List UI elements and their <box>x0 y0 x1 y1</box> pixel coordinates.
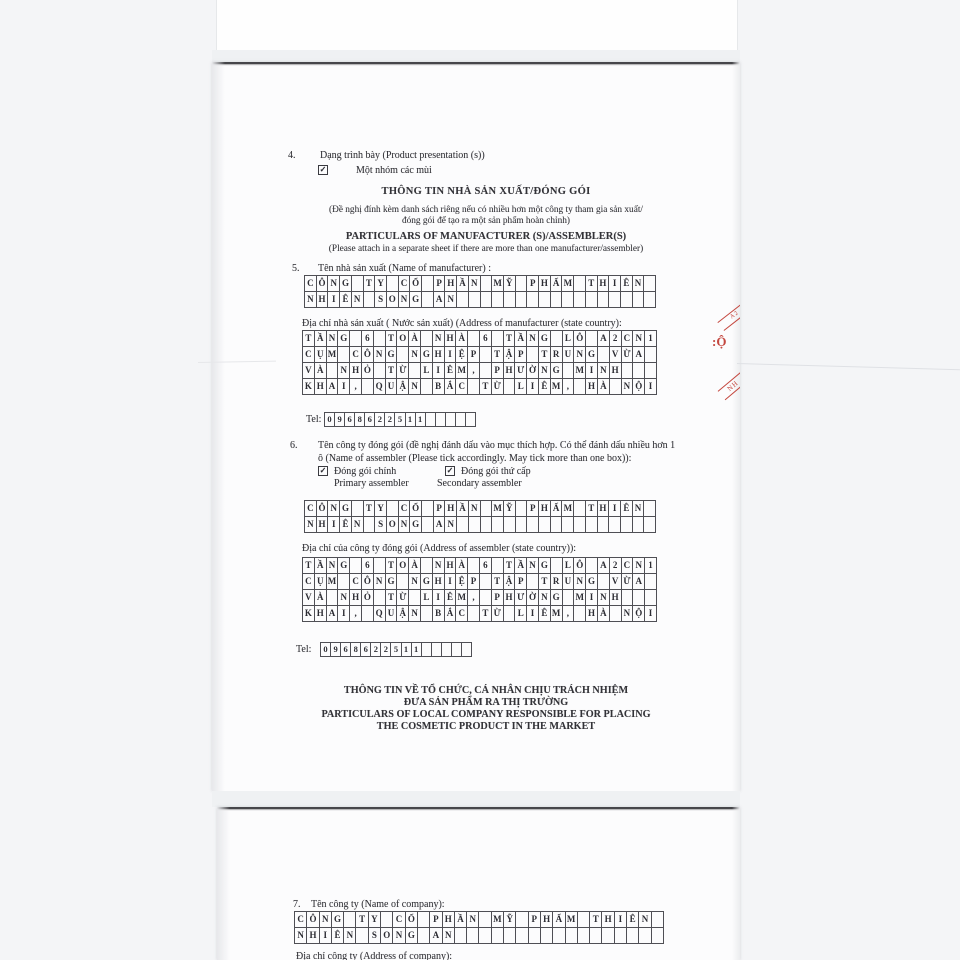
char-grid-cell: O <box>387 292 399 307</box>
char-grid-cell <box>422 643 432 656</box>
char-grid-cell: P <box>430 912 442 927</box>
char-grid-cell: T <box>480 379 492 394</box>
char-grid-cell: H <box>445 501 457 516</box>
char-grid-cell: Ê <box>332 928 344 943</box>
char-grid-cell: C <box>303 574 315 589</box>
char-grid-cell <box>352 501 364 516</box>
char-grid-cell <box>468 558 480 573</box>
char-grid-cell: 5 <box>391 643 401 656</box>
char-grid-cell: 2 <box>610 558 622 573</box>
char-grid-cell: N <box>399 517 411 532</box>
char-grid-cell: N <box>409 606 421 621</box>
char-grid-cell: , <box>350 606 362 621</box>
secondary-assembler-label-vi: Đóng gói thứ cấp <box>461 466 531 477</box>
char-grid-cell <box>621 517 633 532</box>
section-title-vi: THÔNG TIN NHÀ SẢN XUẤT/ĐÓNG GÓI <box>288 186 684 198</box>
char-grid-cell: Ê <box>627 912 639 927</box>
char-grid-cell: G <box>421 574 433 589</box>
char-grid-cell <box>418 912 430 927</box>
char-grid-cell: 8 <box>351 643 361 656</box>
char-grid-cell: M <box>574 363 586 378</box>
char-grid-row: CỤMCÔNGNGHIỆPTẬPTRUNGVỪA <box>303 347 656 363</box>
char-grid-cell: H <box>539 276 551 291</box>
char-grid-cell: L <box>563 331 575 346</box>
char-grid-cell: Ư <box>515 590 527 605</box>
char-grid-cell <box>344 912 356 927</box>
char-grid-cell: N <box>433 558 445 573</box>
char-grid-cell <box>610 379 622 394</box>
manufacturer-name-grid: CÔNGTYCỔPHẦNMỸPHẨMTHIÊNNHIÊNSONGAN <box>304 275 656 308</box>
char-grid-cell: H <box>445 558 457 573</box>
char-grid-cell <box>598 347 610 362</box>
char-grid-cell <box>551 331 563 346</box>
checked-checkbox-icon: ✓ <box>318 466 328 476</box>
char-grid-cell: Ê <box>445 363 457 378</box>
char-grid-cell: H <box>504 590 516 605</box>
char-grid-cell: H <box>317 517 329 532</box>
char-grid-cell: N <box>622 606 634 621</box>
char-grid-cell <box>574 517 586 532</box>
char-grid-cell: A <box>327 379 339 394</box>
page-edge-shadow-right <box>732 807 740 960</box>
char-grid-cell: N <box>295 928 307 943</box>
char-grid-cell: I <box>609 276 621 291</box>
char-grid-cell: Ắ <box>445 379 457 394</box>
char-grid-cell <box>574 501 586 516</box>
char-grid-cell: N <box>633 331 645 346</box>
char-grid-cell <box>467 928 479 943</box>
char-grid-cell: Ỹ <box>504 912 516 927</box>
char-grid-cell: À <box>409 558 421 573</box>
char-grid-cell <box>480 574 492 589</box>
char-grid-cell: 9 <box>335 413 345 426</box>
char-grid-cell: H <box>315 606 327 621</box>
char-grid-cell: H <box>433 347 445 362</box>
char-grid-cell <box>479 928 491 943</box>
char-grid-cell: H <box>350 363 362 378</box>
char-grid-cell: 2 <box>610 331 622 346</box>
char-grid-cell: N <box>399 292 411 307</box>
char-grid-cell: U <box>386 379 398 394</box>
char-grid-cell: T <box>386 590 398 605</box>
char-grid-cell <box>590 928 602 943</box>
char-grid-row: TẦNG6TOÀNHÀ6TẦNGLÔA2CN1 <box>303 331 656 347</box>
char-grid-cell <box>563 590 575 605</box>
char-grid-cell: T <box>386 331 398 346</box>
char-grid-cell <box>574 276 586 291</box>
char-grid-cell: 0 <box>325 413 335 426</box>
char-grid-cell: 1 <box>645 558 656 573</box>
char-grid-cell: 5 <box>395 413 405 426</box>
char-grid-cell <box>327 363 339 378</box>
char-grid-cell: I <box>320 928 332 943</box>
char-grid-cell <box>421 606 433 621</box>
char-grid-cell: V <box>610 347 622 362</box>
char-grid-cell: Ỏ <box>362 590 374 605</box>
char-grid-cell: C <box>350 347 362 362</box>
char-grid-cell: U <box>563 574 575 589</box>
char-grid-cell: U <box>563 347 575 362</box>
char-grid-cell: V <box>303 590 315 605</box>
char-grid-cell <box>327 590 339 605</box>
char-grid-cell: 6 <box>361 643 371 656</box>
char-grid-cell: 2 <box>385 413 395 426</box>
char-grid-cell <box>586 292 598 307</box>
char-grid-cell: Ê <box>340 517 352 532</box>
char-grid-cell: N <box>539 590 551 605</box>
char-grid-cell: Ê <box>621 501 633 516</box>
char-grid-cell <box>504 517 516 532</box>
char-grid-cell: M <box>551 606 563 621</box>
page-gap <box>212 791 740 807</box>
char-grid-cell: Q <box>374 606 386 621</box>
char-grid-cell <box>516 292 528 307</box>
char-grid-cell: I <box>527 379 539 394</box>
char-grid-cell <box>421 331 433 346</box>
char-grid-cell <box>422 276 434 291</box>
char-grid-cell: L <box>515 606 527 621</box>
char-grid-cell <box>504 379 516 394</box>
manufacturer-address-grid: TẦNG6TOÀNHÀ6TẦNGLÔA2CN1CỤMCÔNGNGHIỆPTẬPT… <box>302 330 657 395</box>
responsible-title-line4: THE COSMETIC PRODUCT IN THE MARKET <box>288 721 684 733</box>
char-grid-cell: 6 <box>362 331 374 346</box>
char-grid-cell: Ê <box>445 590 457 605</box>
scan-edge-line <box>217 807 740 809</box>
page-edge-shadow-left <box>212 62 225 791</box>
char-grid-cell: N <box>445 517 457 532</box>
char-grid-cell <box>374 363 386 378</box>
char-grid-cell: Ừ <box>622 574 634 589</box>
char-grid-row: CÔNGTYCỔPHẦNMỸPHẨMTHIÊN <box>295 912 663 928</box>
char-grid-cell: O <box>397 558 409 573</box>
assembler-address-grid: TẦNG6TOÀNHÀ6TẦNGLÔA2CN1CỤMCÔNGNGHIỆPTẬPT… <box>302 557 657 622</box>
char-grid-cell <box>457 517 469 532</box>
char-grid-cell: Ổ <box>406 912 418 927</box>
char-grid-cell: N <box>393 928 405 943</box>
char-grid-cell: Ô <box>362 347 374 362</box>
char-grid-cell: N <box>328 501 340 516</box>
char-grid-cell: M <box>327 347 339 362</box>
char-grid-cell: V <box>610 574 622 589</box>
char-grid-cell: C <box>350 574 362 589</box>
char-grid-cell: N <box>305 517 317 532</box>
responsible-title-line2: ĐƯA SẢN PHẨM RA THỊ TRƯỜNG <box>288 697 684 709</box>
char-grid-cell: T <box>303 558 315 573</box>
char-grid-cell <box>516 276 528 291</box>
char-grid-cell: N <box>469 276 481 291</box>
char-grid-cell <box>462 643 471 656</box>
char-grid-cell: G <box>551 590 563 605</box>
item7-label: Tên công ty (Name of company): <box>311 899 445 911</box>
red-stamp-fragment-middle: :Ộ <box>712 334 726 350</box>
char-grid-cell: H <box>598 276 610 291</box>
char-grid-cell <box>578 912 590 927</box>
char-grid-cell <box>644 517 655 532</box>
char-grid-cell: Ô <box>317 276 329 291</box>
char-grid-row: VÀNHỎTỪLIÊM,PHƯỜNGMINH <box>303 590 656 606</box>
char-grid-cell: Ậ <box>504 574 516 589</box>
char-grid-cell: Ê <box>539 379 551 394</box>
char-grid-cell <box>481 276 493 291</box>
char-grid-cell: N <box>574 574 586 589</box>
char-grid-cell: T <box>586 276 598 291</box>
char-grid-cell: N <box>327 558 339 573</box>
char-grid-cell: Ô <box>307 912 319 927</box>
char-grid-cell: I <box>433 590 445 605</box>
char-grid-cell: Ừ <box>622 347 634 362</box>
char-grid-cell: R <box>551 574 563 589</box>
char-grid-cell: 6 <box>365 413 375 426</box>
char-grid-cell <box>586 558 598 573</box>
char-grid-cell: I <box>338 606 350 621</box>
char-grid-cell <box>633 590 645 605</box>
char-grid-row: VÀNHỎTỪLIÊM,PHƯỜNGMINH <box>303 363 656 379</box>
char-grid-cell <box>374 558 386 573</box>
char-grid-cell: M <box>566 912 578 927</box>
char-grid-cell: , <box>350 379 362 394</box>
char-grid-cell: Y <box>375 276 387 291</box>
char-grid-cell: T <box>590 912 602 927</box>
char-grid-cell: I <box>586 363 598 378</box>
char-grid-cell: G <box>406 928 418 943</box>
item4-option-label: Một nhóm các mùi <box>356 165 432 176</box>
char-grid-cell <box>457 292 469 307</box>
char-grid-cell: G <box>410 292 422 307</box>
char-grid-cell: M <box>492 501 504 516</box>
char-grid-cell <box>633 292 645 307</box>
char-grid-cell <box>551 558 563 573</box>
char-grid-cell: Y <box>369 912 381 927</box>
char-grid-cell <box>516 912 528 927</box>
char-grid-cell: G <box>340 501 352 516</box>
char-grid-cell <box>516 517 528 532</box>
char-grid-cell: H <box>610 590 622 605</box>
char-grid-cell: G <box>551 363 563 378</box>
char-grid-cell <box>442 643 452 656</box>
item6-number: 6. <box>290 440 298 452</box>
secondary-assembler-checkbox-row: ✓Đóng gói thứ cấp <box>445 466 531 478</box>
char-grid-cell: 1 <box>645 331 656 346</box>
char-grid-row: 0968622511 <box>321 643 471 656</box>
manufacturer-address-label: Địa chỉ nhà sản xuất ( Nước sản xuất) (A… <box>302 318 622 330</box>
char-grid-cell <box>397 574 409 589</box>
char-grid-cell <box>652 928 663 943</box>
char-grid-cell: A <box>327 606 339 621</box>
char-grid-cell: I <box>645 379 656 394</box>
char-grid-cell: Ừ <box>492 379 504 394</box>
char-grid-cell: T <box>492 574 504 589</box>
char-grid-cell: O <box>387 517 399 532</box>
item6-label-line1: Tên công ty đóng gói (đề nghị đánh dấu v… <box>318 440 675 452</box>
assembler-name-grid: CÔNGTYCỔPHẦNMỸPHẨMTHIÊNNHIÊNSONGAN <box>304 500 656 533</box>
char-grid-cell: C <box>622 558 634 573</box>
assembler-tel-grid: 0968622511 <box>320 642 472 657</box>
char-grid-cell: N <box>527 331 539 346</box>
char-grid-cell: U <box>386 606 398 621</box>
primary-assembler-label-vi: Đóng gói chính <box>334 466 396 477</box>
char-grid-cell: H <box>504 363 516 378</box>
char-grid-cell: C <box>303 347 315 362</box>
char-grid-cell: I <box>609 501 621 516</box>
char-grid-row: 0968622511 <box>325 413 475 426</box>
char-grid-cell: N <box>344 928 356 943</box>
char-grid-cell <box>586 331 598 346</box>
char-grid-cell: N <box>374 574 386 589</box>
char-grid-cell: N <box>352 292 364 307</box>
char-grid-cell: N <box>328 276 340 291</box>
char-grid-cell: N <box>338 363 350 378</box>
char-grid-cell: L <box>515 379 527 394</box>
char-grid-cell: N <box>433 331 445 346</box>
char-grid-cell: T <box>356 912 368 927</box>
char-grid-cell <box>432 643 442 656</box>
char-grid-cell: Ầ <box>315 558 327 573</box>
char-grid-cell: N <box>445 292 457 307</box>
char-grid-cell: H <box>315 379 327 394</box>
char-grid-cell: Y <box>375 501 387 516</box>
char-grid-cell: Ậ <box>504 347 516 362</box>
char-grid-cell: G <box>410 517 422 532</box>
char-grid-cell: À <box>315 590 327 605</box>
char-grid-cell: 9 <box>331 643 341 656</box>
char-grid-cell: C <box>305 276 317 291</box>
char-grid-cell: N <box>305 292 317 307</box>
char-grid-cell: I <box>586 590 598 605</box>
char-grid-cell: 2 <box>381 643 391 656</box>
char-grid-cell: 1 <box>406 413 416 426</box>
char-grid-cell: C <box>399 501 411 516</box>
char-grid-cell: H <box>443 912 455 927</box>
char-grid-cell: M <box>492 276 504 291</box>
char-grid-cell: , <box>468 363 480 378</box>
char-grid-cell: C <box>305 501 317 516</box>
char-grid-cell: Ổ <box>410 501 422 516</box>
item4-number: 4. <box>288 150 296 162</box>
char-grid-cell: Ầ <box>515 558 527 573</box>
char-grid-cell: À <box>456 558 468 573</box>
form-page-bottom: 7. Tên công ty (Name of company): CÔNGTY… <box>217 807 740 960</box>
char-grid-cell: T <box>386 363 398 378</box>
char-grid-cell <box>481 517 493 532</box>
char-grid-cell <box>527 574 539 589</box>
char-grid-cell <box>562 292 574 307</box>
char-grid-cell <box>562 517 574 532</box>
char-grid-cell: M <box>551 379 563 394</box>
char-grid-cell: G <box>421 347 433 362</box>
char-grid-cell: H <box>541 912 553 927</box>
char-grid-cell: I <box>527 606 539 621</box>
page-edge-shadow-right <box>732 62 740 791</box>
company-address-label: Địa chỉ công ty (Address of company): <box>296 951 452 960</box>
char-grid-cell: H <box>433 574 445 589</box>
char-grid-cell <box>387 501 399 516</box>
char-grid-cell: À <box>456 331 468 346</box>
char-grid-cell <box>539 517 551 532</box>
char-grid-cell: P <box>527 276 539 291</box>
char-grid-cell <box>480 363 492 378</box>
char-grid-cell: L <box>563 558 575 573</box>
char-grid-cell <box>551 292 563 307</box>
char-grid-cell: B <box>433 606 445 621</box>
section-title-en: PARTICULARS OF MANUFACTURER (S)/ASSEMBLE… <box>288 231 684 243</box>
char-grid-cell: À <box>409 331 421 346</box>
char-grid-cell: H <box>602 912 614 927</box>
char-grid-cell: 1 <box>416 413 426 426</box>
char-grid-cell: T <box>504 558 516 573</box>
char-grid-cell: H <box>586 379 598 394</box>
char-grid-cell <box>452 643 462 656</box>
char-grid-cell: N <box>443 928 455 943</box>
char-grid-cell <box>539 292 551 307</box>
char-grid-cell: T <box>386 558 398 573</box>
char-grid-cell <box>551 517 563 532</box>
char-grid-cell: , <box>563 606 575 621</box>
char-grid-cell: T <box>480 606 492 621</box>
char-grid-cell <box>563 363 575 378</box>
primary-assembler-label-en: Primary assembler <box>334 478 409 490</box>
char-grid-cell <box>621 292 633 307</box>
char-grid-cell: I <box>328 517 340 532</box>
char-grid-cell <box>574 379 586 394</box>
char-grid-cell: K <box>303 606 315 621</box>
char-grid-cell: N <box>598 363 610 378</box>
char-grid-cell <box>652 912 663 927</box>
char-grid-cell: N <box>338 590 350 605</box>
char-grid-cell <box>610 606 622 621</box>
char-grid-cell: Ỹ <box>504 276 516 291</box>
scanned-document-background: 4. Dạng trình bày (Product presentation … <box>0 0 960 960</box>
char-grid-cell <box>504 606 516 621</box>
secondary-assembler-label-en: Secondary assembler <box>437 478 522 490</box>
char-grid-cell <box>422 501 434 516</box>
char-grid-cell <box>352 276 364 291</box>
char-grid-cell: K <box>303 379 315 394</box>
char-grid-cell <box>633 363 645 378</box>
item5-number: 5. <box>292 263 300 275</box>
char-grid-cell <box>468 331 480 346</box>
char-grid-row: NHIÊNSONGAN <box>305 292 655 307</box>
char-grid-cell <box>446 413 456 426</box>
char-grid-cell <box>338 347 350 362</box>
char-grid-cell: M <box>562 501 574 516</box>
char-grid-cell: M <box>456 363 468 378</box>
char-grid-cell: N <box>409 379 421 394</box>
char-grid-cell <box>364 292 376 307</box>
char-grid-cell <box>578 928 590 943</box>
char-grid-cell: N <box>374 347 386 362</box>
scan-edge-line <box>212 62 740 64</box>
char-grid-cell: I <box>445 574 457 589</box>
char-grid-cell: R <box>551 347 563 362</box>
char-grid-cell: À <box>315 363 327 378</box>
char-grid-cell: Ầ <box>515 331 527 346</box>
char-grid-cell: Ỹ <box>504 501 516 516</box>
char-grid-cell: Ầ <box>457 276 469 291</box>
char-grid-cell: 1 <box>412 643 422 656</box>
char-grid-cell: C <box>393 912 405 927</box>
char-grid-cell: L <box>421 590 433 605</box>
char-grid-cell: Ừ <box>397 590 409 605</box>
char-grid-cell: N <box>639 912 651 927</box>
char-grid-cell: Ê <box>539 606 551 621</box>
char-grid-cell <box>492 292 504 307</box>
char-grid-cell <box>492 517 504 532</box>
char-grid-cell <box>645 590 656 605</box>
char-grid-cell: A <box>430 928 442 943</box>
char-grid-cell: G <box>386 347 398 362</box>
char-grid-cell: V <box>303 363 315 378</box>
char-grid-cell: H <box>445 276 457 291</box>
